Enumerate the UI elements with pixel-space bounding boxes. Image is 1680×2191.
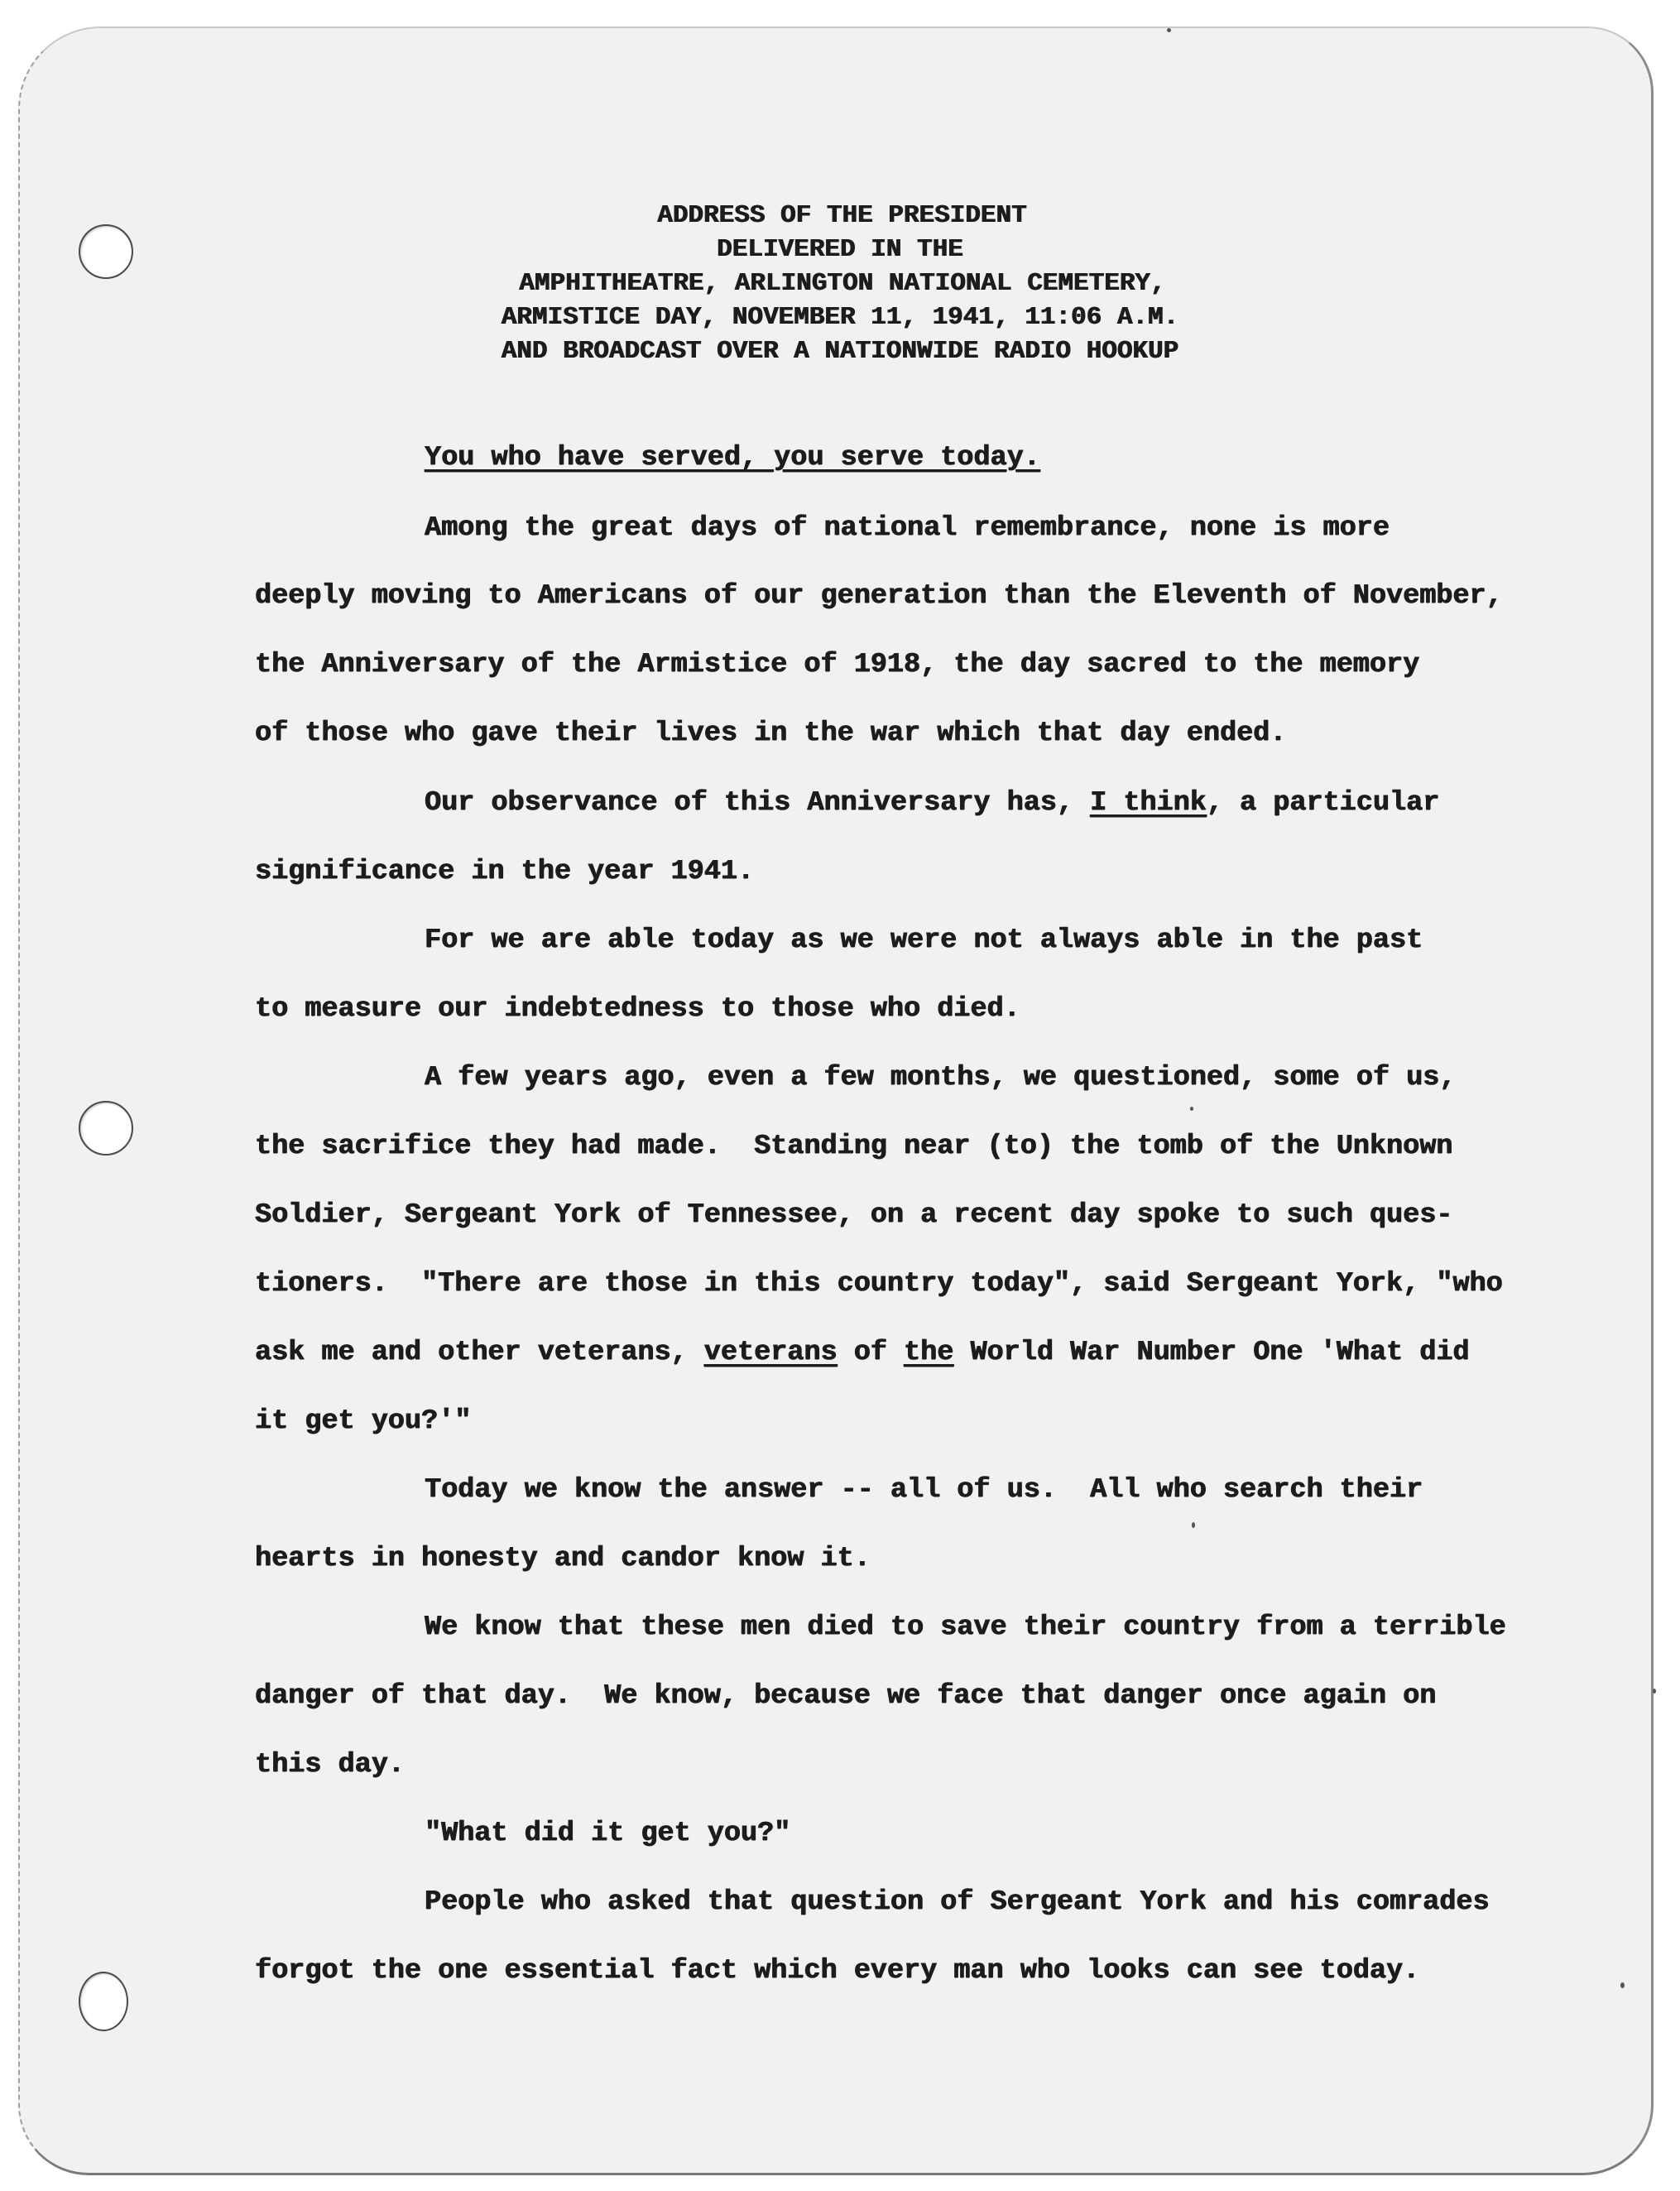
line-text: ask me and other veterans, (255, 1337, 704, 1368)
body-line: forgot the one essential fact which ever… (255, 1954, 1419, 1987)
line-text: Our observance of this Anniversary has, (425, 787, 1090, 819)
scan-speck (1190, 1107, 1193, 1111)
punch-hole-middle (79, 1101, 133, 1156)
punch-hole-bottom (79, 1972, 128, 2031)
heading-line: AND BROADCAST OVER A NATIONWIDE RADIO HO… (0, 334, 1680, 368)
scan-speck (1167, 28, 1171, 32)
body-line: A few years ago, even a few months, we q… (425, 1061, 1456, 1094)
body-line: Today we know the answer -- all of us. A… (425, 1473, 1423, 1506)
scan-speck (1620, 1982, 1625, 1988)
scan-speck (1653, 1689, 1656, 1694)
body-line: ask me and other veterans, veterans of t… (255, 1336, 1470, 1369)
quoted-question: "What did it get you?" (425, 1817, 790, 1850)
heading-line: DELIVERED IN THE (0, 233, 1680, 267)
body-line: tioners. "There are those in this countr… (255, 1267, 1503, 1300)
body-line: the Anniversary of the Armistice of 1918… (255, 648, 1419, 681)
document-heading: ADDRESS OF THE PRESIDENT DELIVERED IN TH… (0, 199, 1680, 368)
body-line: of those who gave their lives in the war… (255, 717, 1286, 750)
body-line: Among the great days of national remembr… (425, 512, 1390, 545)
body-line: this day. (255, 1748, 405, 1781)
body-line: deeply moving to Americans of our genera… (255, 579, 1503, 613)
body-line: the sacrifice they had made. Standing ne… (255, 1130, 1452, 1163)
body-line: it get you?'" (255, 1405, 471, 1438)
body-line: Soldier, Sergeant York of Tennessee, on … (255, 1199, 1452, 1232)
line-text: , a particular (1207, 787, 1439, 819)
body-line: People who asked that question of Sergea… (425, 1886, 1490, 1919)
heading-line: ADDRESS OF THE PRESIDENT (0, 199, 1680, 233)
underlined-phrase: the (904, 1337, 953, 1368)
body-line: We know that these men died to save thei… (425, 1611, 1506, 1644)
body-line: For we are able today as we were not alw… (425, 924, 1423, 957)
heading-line: AMPHITHEATRE, ARLINGTON NATIONAL CEMETER… (0, 267, 1680, 300)
body-line: hearts in honesty and candor know it. (255, 1542, 871, 1575)
line-text: of (838, 1337, 904, 1368)
underlined-phrase: veterans (704, 1337, 838, 1368)
heading-line: ARMISTICE DAY, NOVEMBER 11, 1941, 11:06 … (0, 300, 1680, 334)
speech-subtitle: You who have served, you serve today. (425, 441, 1040, 474)
body-line: danger of that day. We know, because we … (255, 1679, 1436, 1713)
underlined-phrase: I think (1090, 787, 1207, 819)
line-text: World War Number One 'What did (953, 1337, 1469, 1368)
body-line: significance in the year 1941. (255, 855, 754, 888)
scan-speck (1192, 1522, 1195, 1528)
body-line: Our observance of this Anniversary has, … (425, 786, 1439, 819)
body-line: to measure our indebtedness to those who… (255, 992, 1020, 1026)
